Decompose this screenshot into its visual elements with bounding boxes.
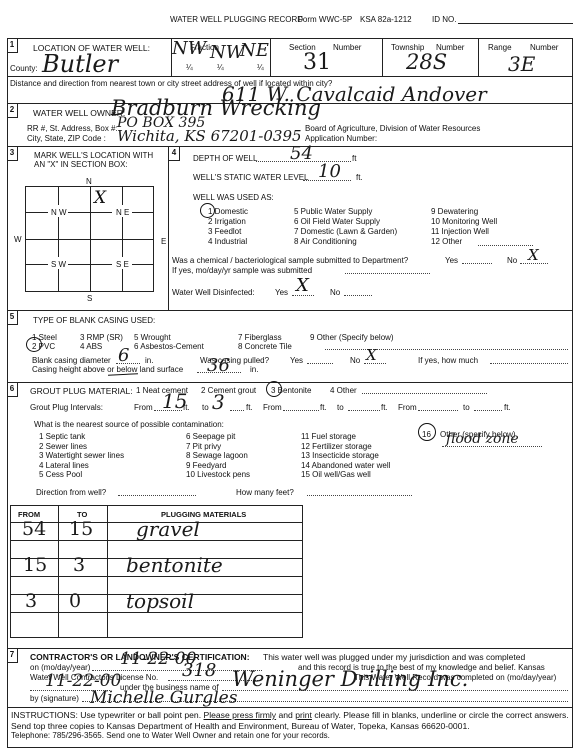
signature-label: by (signature)	[30, 694, 79, 703]
use-dewatering[interactable]: 9 Dewatering	[431, 207, 497, 217]
contam-insecticide[interactable]: 13 Insecticide storage	[301, 451, 390, 461]
instructions-text-d: print	[295, 710, 312, 720]
use-monitoring[interactable]: 10 Monitoring Well	[431, 217, 497, 227]
compass-south: S	[87, 294, 92, 303]
business-name-value[interactable]: Weninger Drilling Inc.	[232, 667, 468, 691]
used-as-label: WELL WAS USED AS:	[193, 193, 274, 202]
use-irrigation[interactable]: 2 Irrigation	[208, 217, 248, 227]
grout-bentonite[interactable]: 3 Bentonite	[271, 386, 311, 395]
interval-3-to-label: to	[463, 403, 470, 412]
grout-cement-grout[interactable]: 2 Cement grout	[201, 386, 256, 395]
section-6-number: 6	[7, 382, 18, 397]
intervals-label: Grout Plug Intervals:	[30, 403, 103, 412]
sample-no[interactable]: No	[507, 256, 517, 265]
contam-other-number[interactable]: 16	[422, 430, 431, 439]
disinfected-yes-mark: X	[296, 277, 309, 295]
row-3-material[interactable]: topsoil	[126, 589, 194, 613]
form-title: WATER WELL PLUGGING RECORD	[170, 15, 303, 24]
contamination-col-3: 11 Fuel storage 12 Fertilizer storage 13…	[301, 432, 390, 480]
casing-height-unit: in.	[250, 365, 258, 374]
depth-unit: ft	[352, 154, 356, 163]
casing-rmp[interactable]: 3 RMP (SR)	[80, 333, 123, 342]
interval-3-to-unit: ft.	[504, 403, 511, 412]
quarter-symbol-1: ¼	[186, 63, 193, 72]
compass-east: E	[161, 237, 166, 246]
how-many-feet-label: How many feet?	[236, 488, 294, 497]
section-1-number: 1	[7, 38, 18, 53]
instructions-text-f: Telephone: 785/296-3565. Send one to Wat…	[11, 731, 569, 742]
table-row[interactable]: 3 0 topsoil	[11, 594, 302, 612]
quadrant-ne: N E	[116, 208, 129, 217]
section-3-number: 3	[7, 146, 18, 161]
quadrant-se: S E	[116, 260, 129, 269]
diameter-unit: in.	[145, 356, 153, 365]
diameter-value[interactable]: 6	[118, 345, 129, 366]
casing-concrete[interactable]: 8 Concrete Tile	[238, 342, 292, 351]
contam-livestock[interactable]: 10 Livestock pens	[186, 470, 250, 480]
use-air-conditioning[interactable]: 8 Air Conditioning	[294, 237, 397, 247]
instructions-label: INSTRUCTIONS:	[11, 710, 78, 720]
uses-col-3: 9 Dewatering 10 Monitoring Well 11 Injec…	[431, 207, 497, 247]
quarter-1-value[interactable]: NW	[172, 38, 206, 59]
section-4-number: 4	[169, 146, 180, 161]
table-row[interactable]: 54 15 gravel	[11, 522, 302, 540]
contam-pit-privy[interactable]: 7 Pit privy	[186, 442, 250, 452]
sample-date-label: If yes, mo/day/yr sample was submitted	[172, 266, 312, 275]
interval-2-from-label: From	[263, 403, 282, 412]
how-much-label: If yes, how much	[418, 356, 478, 365]
casing-steel[interactable]: 1 Steel	[32, 333, 57, 342]
instructions-text-c: and	[278, 710, 292, 720]
row-2-material[interactable]: bentonite	[126, 553, 223, 577]
casing-asbestos[interactable]: 6 Asbestos-Cement	[134, 342, 204, 351]
pulled-yes[interactable]: Yes	[290, 356, 303, 365]
section-7-number: 7	[7, 648, 18, 663]
range-label: Range	[488, 43, 512, 52]
casing-fiberglass[interactable]: 7 Fiberglass	[238, 333, 282, 342]
disinfected-yes[interactable]: Yes	[275, 288, 288, 297]
contam-septic[interactable]: 1 Septic tank	[39, 432, 124, 442]
license-value[interactable]: 318	[182, 660, 216, 681]
interval-1-to-label: to	[202, 403, 209, 412]
section-number-label: Number	[333, 43, 361, 52]
range-value[interactable]: 3E	[508, 52, 535, 76]
certification-text-1: This water well was plugged under my jur…	[263, 652, 525, 662]
use-oil-field[interactable]: 6 Oil Field Water Supply	[294, 217, 397, 227]
interval-1-from-label: From	[134, 403, 153, 412]
ksa-reference: KSA 82a-1212	[360, 15, 412, 24]
pulled-no-mark: X	[366, 348, 377, 363]
contam-lateral[interactable]: 4 Lateral lines	[39, 461, 124, 471]
contam-other-value[interactable]: flood zone	[446, 431, 519, 447]
contam-feedyard[interactable]: 9 Feedyard	[186, 461, 250, 471]
casing-height-label: Casing height above or below land surfac…	[32, 365, 183, 374]
mark-location-title-2: AN "X" IN SECTION BOX:	[34, 160, 128, 169]
interval-1-from-unit: ft.	[183, 403, 190, 412]
board-label: Board of Agriculture, Division of Water …	[305, 124, 480, 133]
contamination-col-1: 1 Septic tank 2 Sewer lines 3 Watertight…	[39, 432, 124, 480]
interval-2-from-unit: ft.	[320, 403, 327, 412]
contam-abandoned[interactable]: 14 Abandoned water well	[301, 461, 390, 471]
static-level-unit: ft.	[356, 173, 363, 182]
row-2-to[interactable]: 3	[73, 554, 85, 576]
instructions: INSTRUCTIONS: Use typewriter or ball poi…	[11, 710, 569, 742]
range-number-label: Number	[530, 43, 558, 52]
quadrant-nw: N W	[51, 208, 67, 217]
pulled-no[interactable]: No	[350, 356, 360, 365]
quarter-3-value[interactable]: NE	[240, 40, 269, 61]
sample-yes[interactable]: Yes	[445, 256, 458, 265]
well-location-mark: X	[94, 190, 106, 207]
sample-no-mark: X	[528, 248, 539, 263]
uses-col-2: 5 Public Water Supply 6 Oil Field Water …	[294, 207, 397, 247]
row-3-to[interactable]: 0	[69, 590, 81, 612]
section-box[interactable]: N W N E S W S E X	[25, 186, 154, 292]
instructions-text-a: Use typewriter or ball point pen.	[80, 710, 201, 720]
section-5-number: 5	[7, 310, 18, 325]
direction-label: Direction from well?	[36, 488, 106, 497]
interval-1-to-value[interactable]: 3	[212, 390, 225, 414]
section-2-number: 2	[7, 103, 18, 118]
contam-fertilizer[interactable]: 12 Fertilizer storage	[301, 442, 390, 452]
contam-oil-gas[interactable]: 15 Oil well/Gas well	[301, 470, 390, 480]
use-injection[interactable]: 11 Injection Well	[431, 227, 497, 237]
plugging-table: FROM TO PLUGGING MATERIALS 54 15 gravel …	[10, 505, 303, 638]
use-public-water[interactable]: 5 Public Water Supply	[294, 207, 397, 217]
row-2-from[interactable]: 15	[23, 554, 47, 576]
contam-sewer[interactable]: 2 Sewer lines	[39, 442, 124, 452]
depth-value[interactable]: 54	[290, 143, 313, 164]
uses-col-1: 1 Domestic 2 Irrigation 3 Feedlot 4 Indu…	[208, 207, 248, 247]
row-1-material[interactable]: gravel	[136, 517, 200, 541]
disinfected-no[interactable]: No	[330, 288, 340, 297]
sample-label: Was a chemical / bacteriological sample …	[172, 256, 408, 265]
contam-lagoon[interactable]: 8 Sewage lagoon	[186, 451, 250, 461]
casing-other[interactable]: 9 Other (Specify below)	[310, 333, 394, 342]
casing-height-value[interactable]: 36	[207, 355, 230, 376]
grout-title: GROUT PLUG MATERIAL:	[30, 386, 133, 396]
instructions-text-b: Please press firmly	[203, 710, 276, 720]
address-label: RR #, St. Address, Box #:	[27, 124, 118, 133]
disinfected-label: Water Well Disinfected:	[172, 288, 255, 297]
city-value[interactable]: Wichita, KS 67201-0395	[117, 127, 302, 145]
contam-cess-pool[interactable]: 5 Cess Pool	[39, 470, 124, 480]
casing-abs[interactable]: 4 ABS	[80, 342, 102, 351]
mark-location-title-1: MARK WELL'S LOCATION WITH	[34, 151, 153, 160]
table-row[interactable]: 15 3 bentonite	[11, 558, 302, 576]
static-level-value[interactable]: 10	[318, 161, 341, 182]
contam-seepage[interactable]: 6 Seepage pit	[186, 432, 250, 442]
section-value[interactable]: 31	[303, 50, 331, 75]
static-level-label: WELL'S STATIC WATER LEVEL	[193, 173, 308, 182]
contam-fuel[interactable]: 11 Fuel storage	[301, 432, 390, 442]
county-value[interactable]: Butler	[42, 50, 118, 78]
casing-pvc[interactable]: 2 PVC	[32, 342, 55, 351]
compass-west: W	[14, 235, 22, 244]
id-label: ID NO.	[432, 15, 456, 24]
interval-2-to-label: to	[337, 403, 344, 412]
use-feedlot[interactable]: 3 Feedlot	[208, 227, 248, 237]
diameter-label: Blank casing diameter	[32, 356, 111, 365]
contamination-label: What is the nearest source of possible c…	[34, 420, 224, 429]
contamination-col-2: 6 Seepage pit 7 Pit privy 8 Sewage lagoo…	[186, 432, 250, 480]
casing-title: TYPE OF BLANK CASING USED:	[33, 316, 155, 325]
row-1-from[interactable]: 54	[22, 518, 46, 540]
county-label: County:	[10, 64, 38, 73]
id-field[interactable]	[458, 23, 573, 24]
compass-north: N	[86, 177, 92, 186]
depth-label: DEPTH OF WELL	[193, 154, 257, 163]
form-number: Form WWC-5P	[298, 15, 352, 24]
quarter-symbol-3: ¼	[257, 63, 264, 72]
interval-3-from-label: From	[398, 403, 417, 412]
interval-2-to-unit: ft.	[381, 403, 388, 412]
row-3-from[interactable]: 3	[25, 590, 37, 612]
signature-value[interactable]: Michelle Gurgles	[90, 688, 237, 708]
row-1-to[interactable]: 15	[69, 518, 93, 540]
casing-wrought[interactable]: 5 Wrought	[134, 333, 171, 342]
quadrant-sw: S W	[51, 260, 66, 269]
grout-other[interactable]: 4 Other	[330, 386, 357, 395]
interval-1-to-unit: ft.	[246, 403, 253, 412]
quarter-symbol-2: ¼	[217, 63, 224, 72]
application-number-label: Application Number:	[305, 134, 377, 143]
contam-watertight[interactable]: 3 Watertight sewer lines	[39, 451, 124, 461]
city-label: City, State, ZIP Code :	[27, 134, 106, 143]
use-industrial[interactable]: 4 Industrial	[208, 237, 248, 247]
use-domestic-lawn[interactable]: 7 Domestic (Lawn & Garden)	[294, 227, 397, 237]
township-value[interactable]: 28S	[406, 50, 447, 74]
use-domestic[interactable]: 1 Domestic	[208, 207, 248, 217]
